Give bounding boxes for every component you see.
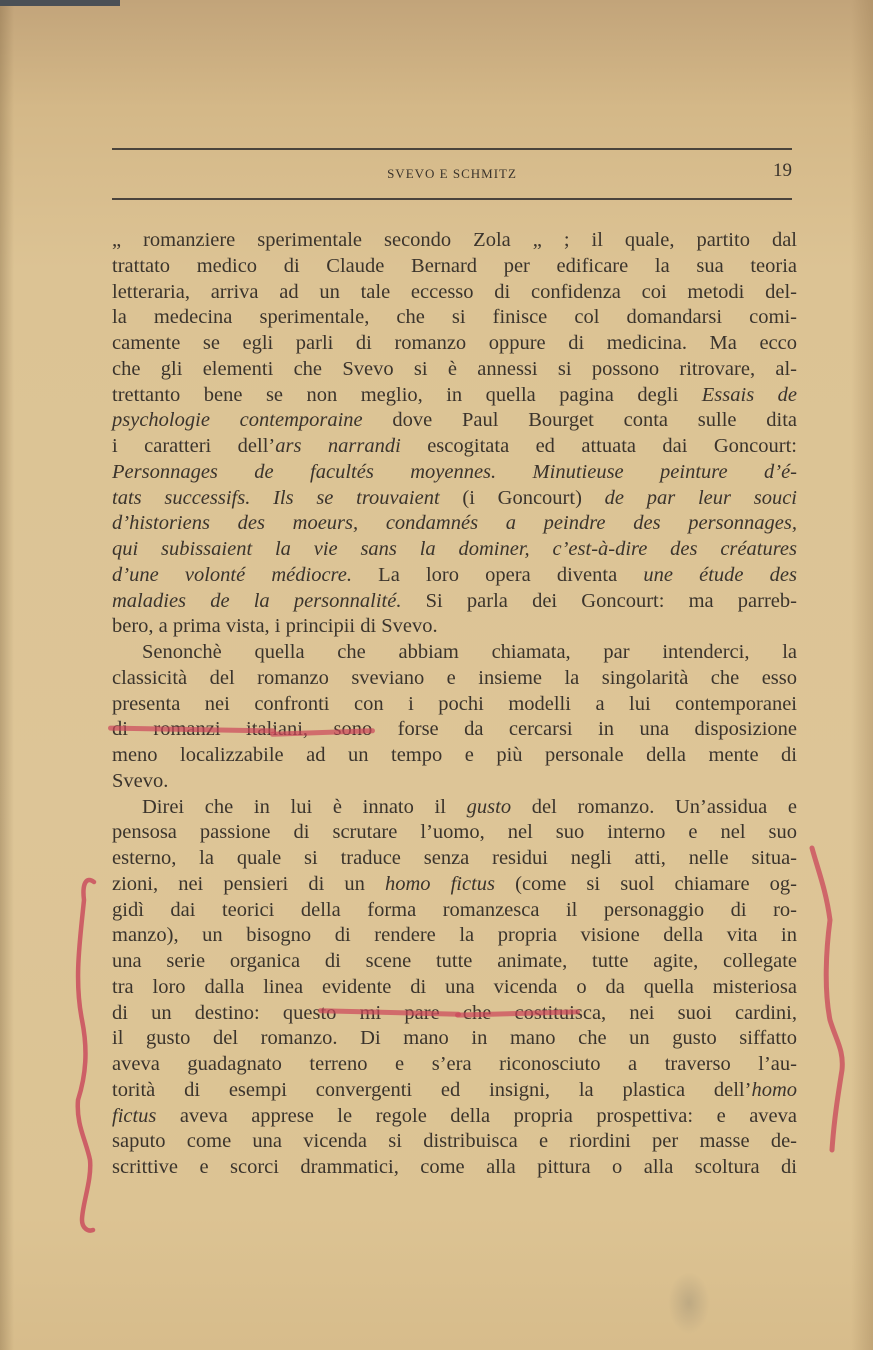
text-run: Direi che in lui è innato il [142,796,467,818]
text-run: dove Paul Bourget conta sulle dita [363,409,797,431]
text-run: una serie organica di scene tutte animat… [112,950,797,972]
text-line: d’une volonté médiocre. La loro opera di… [112,563,797,589]
text-run: del romanzo. Un’assidua e [511,796,797,818]
text-run: manzo), un bisogno di rendere la propria… [112,924,797,946]
text-line: camente se egli parli di romanzo oppure … [112,331,797,357]
text-run: torità di esempi convergenti ed insigni,… [112,1079,751,1101]
italic-run: qui subissaient la vie sans la dominer, … [112,538,797,560]
text-line: trattato medico di Claude Bernard per ed… [112,254,797,280]
italic-run: Essais de [702,384,797,406]
text-run: saputo come una vicenda si distribuisca … [112,1130,797,1152]
italic-run: ars narrandi [275,435,401,457]
italic-run: d’historiens des moeurs, condamnés a pei… [112,512,797,534]
text-run: scrittive e scorci drammatici, come alla… [112,1156,797,1178]
text-line: scrittive e scorci drammatici, come alla… [112,1155,797,1181]
text-line: psychologie contemporaine dove Paul Bour… [112,408,797,434]
text-line: maladies de la personnalité. Si parla de… [112,589,797,615]
italic-run: maladies de la personnalité. [112,590,401,612]
italic-run: homo [751,1079,797,1101]
text-line: presenta nei confronti con i pochi model… [112,692,797,718]
italic-run: d’une volonté médiocre. [112,564,352,586]
text-run: escogitata ed attuata dai Goncourt: [401,435,797,457]
italic-run: gusto [467,796,511,818]
text-run: trettanto bene se non meglio, in quella … [112,384,702,406]
text-line: torità di esempi convergenti ed insigni,… [112,1078,797,1104]
text-run: gidì dai teorici della forma romanzesca … [112,899,797,921]
header-row: SVEVO E SCHMITZ 19 [112,160,792,188]
text-run: zioni, nei pensieri di un [112,873,385,895]
text-line: d’historiens des moeurs, condamnés a pei… [112,511,797,537]
text-line: Svevo. [112,769,797,795]
italic-run: homo fictus [385,873,495,895]
header-rule-bottom [112,198,792,200]
text-line: tra loro dalla linea evidente di una vic… [112,975,797,1001]
corner-shadow [0,0,120,6]
right-margin-bracket-icon [800,840,870,1160]
text-run: „ romanziere sperimentale secondo Zola „… [112,229,797,251]
paper-smudge [668,1272,710,1334]
text-line: meno localizzabile ad un tempo e più per… [112,743,797,769]
text-line: tats successifs. Ils se trouvaient (i Go… [112,486,797,512]
text-line: Senonchè quella che abbiam chiamata, par… [112,640,797,666]
left-margin-bracket-icon [60,860,120,1240]
text-line: bero, a prima vista, i principii di Svev… [112,614,797,640]
text-run: bero, a prima vista, i principii di Svev… [112,615,438,637]
italic-run: de par leur souci [605,487,797,509]
text-run: presenta nei confronti con i pochi model… [112,693,797,715]
text-line: gidì dai teorici della forma romanzesca … [112,898,797,924]
italic-run: tats successifs. Ils se trouvaient [112,487,440,509]
text-line: aveva guadagnato terreno e s’era riconos… [112,1052,797,1078]
body-text: „ romanziere sperimentale secondo Zola „… [112,228,797,1181]
text-line: Direi che in lui è innato il gusto del r… [112,795,797,821]
text-run: aveva apprese le regole della propria pr… [156,1105,797,1127]
text-run: (i Goncourt) [440,487,605,509]
text-line: la medecina sperimentale, che si finisce… [112,305,797,331]
text-run: camente se egli parli di romanzo oppure … [112,332,797,354]
text-run: che gli elementi che Svevo si è annessi … [112,358,797,380]
text-run: Svevo. [112,770,168,792]
text-line: saputo come una vicenda si distribuisca … [112,1129,797,1155]
text-line: Personnages de facultés moyennes. Minuti… [112,460,797,486]
text-line: i caratteri dell’ars narrandi escogitata… [112,434,797,460]
running-head: SVEVO E SCHMITZ 19 [112,148,792,200]
text-line: zioni, nei pensieri di un homo fictus (c… [112,872,797,898]
text-run: aveva guadagnato terreno e s’era riconos… [112,1053,797,1075]
text-run: (come si suol chiamare og- [495,873,797,895]
italic-run: psychologie contemporaine [112,409,363,431]
header-rule-top [112,148,792,150]
page-number: 19 [773,160,792,182]
italic-run: Personnages de facultés moyennes. Minuti… [112,461,797,483]
text-line: classicità del romanzo sveviano e insiem… [112,666,797,692]
page-edge-left [0,0,14,1350]
text-run: trattato medico di Claude Bernard per ed… [112,255,797,277]
text-line: una serie organica di scene tutte animat… [112,949,797,975]
text-line: manzo), un bisogno di rendere la propria… [112,923,797,949]
text-run: esterno, la quale si traduce senza resid… [112,847,797,869]
text-run: pensosa passione di scrutare l’uomo, nel… [112,821,797,843]
running-head-title: SVEVO E SCHMITZ [112,166,792,182]
text-run: i caratteri dell’ [112,435,275,457]
text-run: tra loro dalla linea evidente di una vic… [112,976,797,998]
text-line: pensosa passione di scrutare l’uomo, nel… [112,820,797,846]
text-run: il gusto del romanzo. Di mano in mano ch… [112,1027,797,1049]
text-line: „ romanziere sperimentale secondo Zola „… [112,228,797,254]
text-line: trettanto bene se non meglio, in quella … [112,383,797,409]
text-run: meno localizzabile ad un tempo e più per… [112,744,797,766]
text-line: qui subissaient la vie sans la dominer, … [112,537,797,563]
text-line: esterno, la quale si traduce senza resid… [112,846,797,872]
text-line: il gusto del romanzo. Di mano in mano ch… [112,1026,797,1052]
text-run: La loro opera diventa [352,564,643,586]
text-run: Si parla dei Goncourt: ma parreb- [401,590,797,612]
text-run: la medecina sperimentale, che si finisce… [112,306,797,328]
text-line: letteraria, arriva ad un tale eccesso di… [112,280,797,306]
text-line: che gli elementi che Svevo si è annessi … [112,357,797,383]
text-run: classicità del romanzo sveviano e insiem… [112,667,797,689]
text-line: fictus aveva apprese le regole della pro… [112,1104,797,1130]
text-run: letteraria, arriva ad un tale eccesso di… [112,281,797,303]
italic-run: une étude des [643,564,797,586]
text-run: Senonchè quella che abbiam chiamata, par… [142,641,797,663]
